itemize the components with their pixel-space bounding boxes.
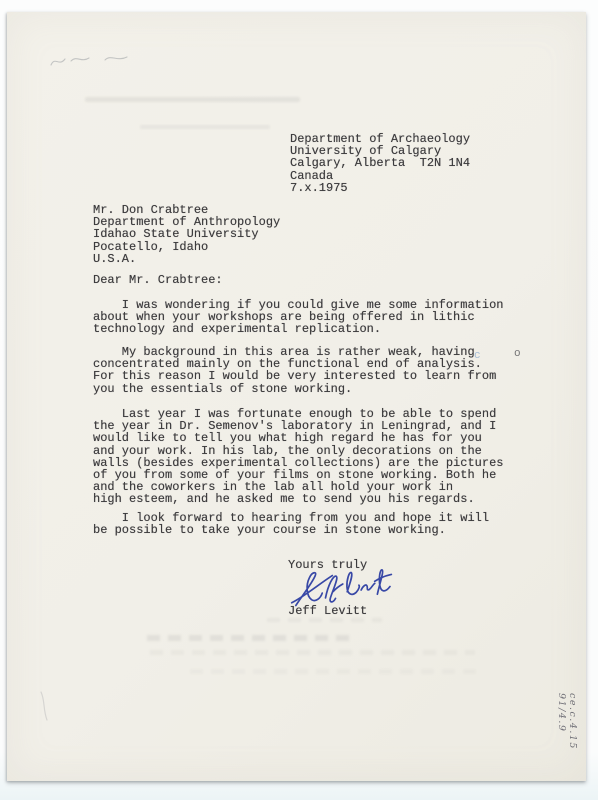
scanned-letter: Department of Archaeology University of … <box>0 0 598 800</box>
ghost-text-bleedthrough <box>147 635 352 641</box>
letter-date: 7.x.1975 <box>290 182 348 194</box>
paragraph-3: Last year I was fortunate enough to be a… <box>93 408 503 506</box>
sender-address: Department of Archaeology University of … <box>290 133 470 182</box>
letter-paper: Department of Archaeology University of … <box>7 12 586 781</box>
pencil-scribble-mark <box>47 50 147 74</box>
paragraph-2: My background in this area is rather wea… <box>93 346 496 395</box>
salutation: Dear Mr. Crabtree: <box>93 274 223 286</box>
archival-catalog-mark: ce.c.4.15 91/4.9 <box>552 693 578 797</box>
paragraph-4: I look forward to hearing from you and h… <box>93 512 489 536</box>
paragraph-1: I was wondering if you could give me som… <box>93 299 503 336</box>
recipient-address: Mr. Don Crabtree Department of Anthropol… <box>93 204 280 265</box>
stray-ink-mark-blue: c <box>474 350 481 362</box>
ghost-text-bleedthrough <box>267 618 382 622</box>
ghost-text-bleedthrough <box>150 650 475 655</box>
ghost-text-bleedthrough <box>190 669 480 674</box>
faint-smudge <box>140 125 270 129</box>
signature-name: Jeff Levitt <box>288 605 367 617</box>
faint-pencil-mark <box>33 690 57 724</box>
stray-ink-mark-gray: o <box>514 348 521 360</box>
faint-smudge <box>85 97 300 102</box>
